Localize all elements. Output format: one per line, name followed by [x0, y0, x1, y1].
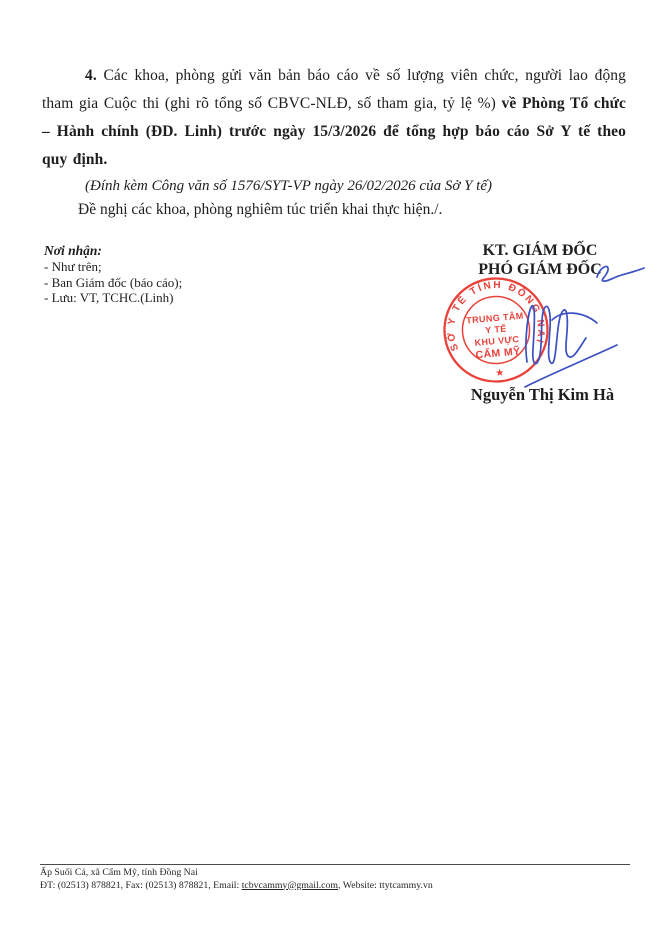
footer: Ấp Suối Cả, xã Cẩm Mỹ, tỉnh Đồng Nai ĐT:…: [40, 864, 630, 892]
recipient-item: - Lưu: VT, TCHC.(Linh): [44, 290, 182, 306]
attachment-note: (Đính kèm Công văn số 1576/SYT-VP ngày 2…: [42, 174, 626, 198]
recipients-heading: Nơi nhận:: [44, 242, 182, 259]
document-page: 4. Các khoa, phòng gửi văn bản báo cáo v…: [0, 0, 665, 942]
recipient-item: - Ban Giám đốc (báo cáo);: [44, 275, 182, 291]
footer-website: ttytcammy.vn: [379, 880, 433, 891]
recipients-block: Nơi nhận: - Như trên; - Ban Giám đốc (bá…: [44, 242, 182, 306]
document-body: 4. Các khoa, phòng gửi văn bản báo cáo v…: [42, 62, 626, 222]
handwritten-signature-icon: [440, 250, 655, 420]
footer-email: tcbvcammy@gmail.com: [242, 880, 338, 891]
recipient-item: - Như trên;: [44, 259, 182, 275]
paragraph-4: 4. Các khoa, phòng gửi văn bản báo cáo v…: [42, 62, 626, 174]
footer-website-label: , Website:: [338, 880, 379, 891]
closing-line: Đề nghị các khoa, phòng nghiêm túc triển…: [42, 198, 626, 222]
footer-phone-fax: ĐT: (02513) 878821, Fax: (02513) 878821,…: [40, 880, 242, 891]
paragraph-4-number: 4.: [85, 67, 97, 84]
footer-contact: ĐT: (02513) 878821, Fax: (02513) 878821,…: [40, 880, 630, 893]
footer-address: Ấp Suối Cả, xã Cẩm Mỹ, tỉnh Đồng Nai: [40, 867, 630, 880]
